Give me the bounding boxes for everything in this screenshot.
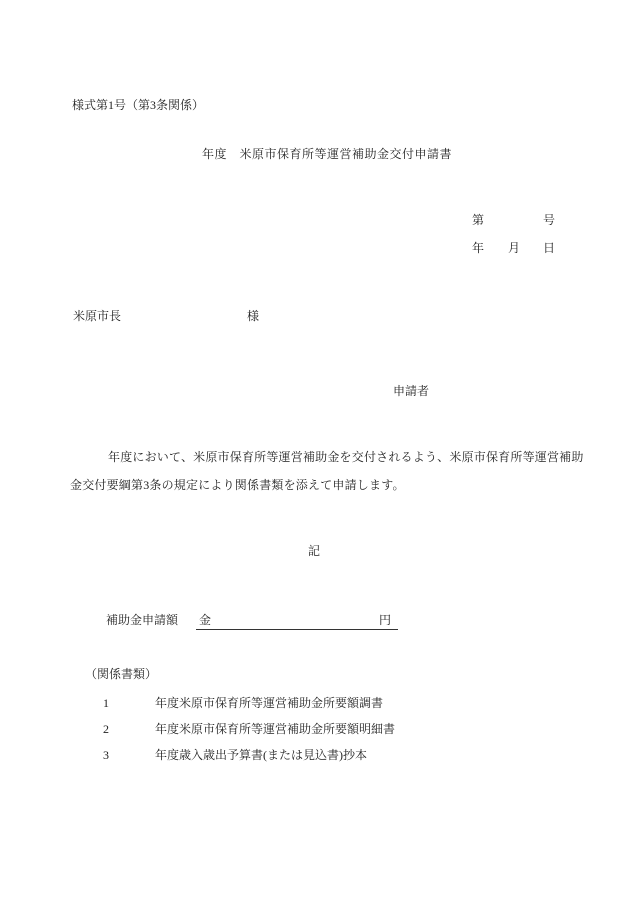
document-title: 年度 米原市保育所等運営補助金交付申請書 [202, 146, 452, 162]
addressee-line: 米原市長様 [73, 308, 259, 324]
document-date-line: 年月日 [472, 240, 555, 256]
currency-suffix: 円 [379, 612, 391, 628]
date-year-label: 年 [472, 241, 484, 255]
doc-number-prefix: 第 [472, 213, 484, 227]
applicant-label: 申請者 [393, 383, 429, 399]
amount-fill-in-field: 金円 [196, 596, 398, 630]
body-paragraph-line1: 年度において、米原市保育所等運営補助金を交付されるよう、米原市保育所等運営補助 [108, 449, 584, 465]
attachment-item: 3 年度歳入歳出予算書(または見込書)抄本 [0, 747, 630, 763]
date-day-label: 日 [543, 241, 555, 255]
attachments-heading: （関係書類） [85, 666, 157, 682]
form-number-label: 様式第1号（第3条関係） [72, 97, 204, 113]
attachment-text: 年度米原市保育所等運営補助金所要額調書 [155, 695, 383, 711]
document-number-line: 第号 [472, 212, 555, 228]
attachment-number: 3 [103, 747, 109, 763]
application-form-page: 様式第1号（第3条関係） 年度 米原市保育所等運営補助金交付申請書 第号 年月日… [0, 0, 630, 903]
amount-label: 補助金申請額 [106, 612, 178, 628]
currency-prefix: 金 [199, 612, 211, 628]
addressee-honorific: 様 [247, 309, 259, 323]
attachment-item: 2 年度米原市保育所等運営補助金所要額明細書 [0, 721, 630, 737]
attachment-number: 1 [103, 695, 109, 711]
attachment-text: 年度米原市保育所等運営補助金所要額明細書 [155, 721, 395, 737]
doc-number-suffix: 号 [543, 213, 555, 227]
body-paragraph-line2: 金交付要綱第3条の規定により関係書類を添えて申請します。 [70, 477, 405, 493]
attachment-item: 1 年度米原市保育所等運営補助金所要額調書 [0, 695, 630, 711]
date-month-label: 月 [508, 241, 520, 255]
attachment-number: 2 [103, 721, 109, 737]
attachment-text: 年度歳入歳出予算書(または見込書)抄本 [155, 747, 367, 763]
addressee-name: 米原市長 [73, 309, 121, 323]
ki-section-marker: 記 [308, 543, 320, 559]
